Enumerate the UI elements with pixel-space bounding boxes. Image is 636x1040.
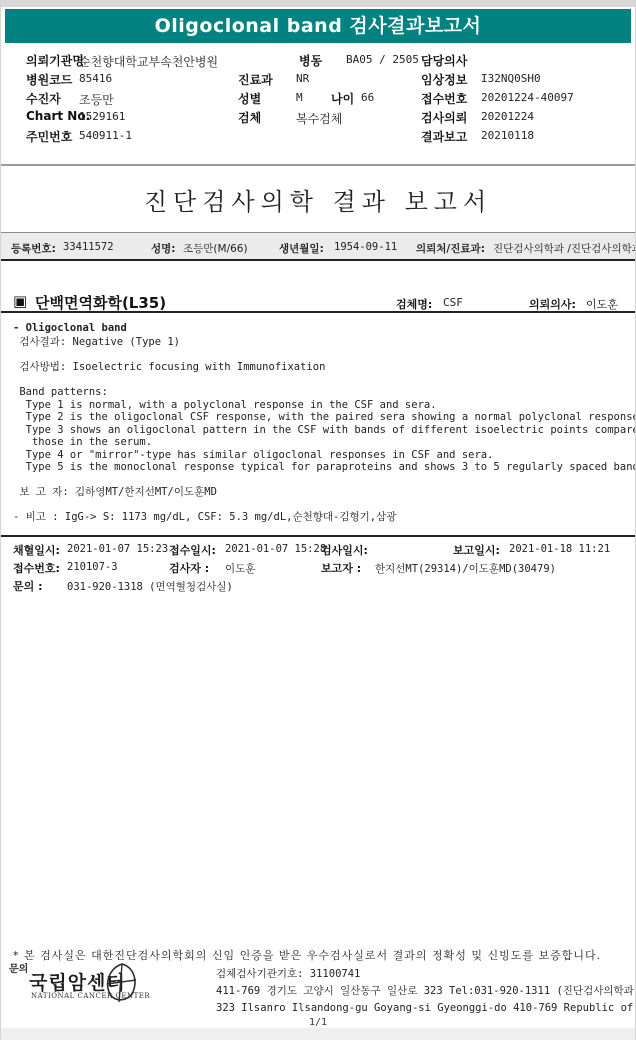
reg-no-label: 등록번호: — [11, 241, 56, 256]
doctor-label: 담당의사 — [421, 52, 467, 69]
org-inquiry-label: 문의 — [9, 960, 28, 975]
org-label: 의뢰기관명 — [26, 52, 84, 69]
referral-dept-label: 의뢰처/진료과: — [416, 241, 485, 256]
dept-value: NR — [296, 72, 309, 85]
referral-dept-value: 진단검사의학과 /진단검사의학과 — [493, 241, 636, 256]
clinical-info-value: I32NQ0SH0 — [481, 72, 541, 85]
result-body-text: 검사결과: Negative (Type 1) 검사방법: Isoelectri… — [13, 336, 636, 524]
ward-value: BA05 / 2505 — [346, 53, 419, 66]
age-label: 나이 — [331, 90, 354, 107]
section-marker-icon: ▣ — [13, 292, 27, 310]
clinical-info-label: 임상정보 — [421, 71, 467, 88]
header-divider — [1, 164, 635, 166]
reporter-label: 보고자 : — [321, 560, 361, 576]
specimen-value: 복수검체 — [296, 110, 342, 127]
sex-label: 성별 — [238, 90, 261, 107]
org-value: 순천향대학교부속천안병원 — [79, 53, 218, 70]
resident-no-label: 주민번호 — [26, 128, 72, 145]
contact-label: 문의 : — [13, 578, 42, 594]
page-number: 1/1 — [1, 1017, 635, 1028]
collect-time-value: 2021-01-07 15:23 — [67, 543, 168, 555]
certification-note: * 본 검사실은 대한진단검사의학회의 신임 인증을 받은 우수검사실로서 결과… — [13, 947, 601, 963]
patient-value: 조등만 — [79, 91, 114, 108]
accession-value: 20201224-40097 — [481, 91, 574, 104]
dept-label: 진료과 — [238, 71, 273, 88]
section-doctor-label: 의뢰의사: — [529, 296, 576, 312]
section-specimen-label: 검체명: — [396, 296, 432, 312]
report-title: 진단검사의학 결과 보고서 — [1, 182, 635, 217]
report-page: Oligoclonal band 검사결과보고서 의뢰기관명 순천향대학교부속천… — [0, 0, 636, 1040]
patient-label: 수진자 — [26, 90, 61, 107]
name-value: 조등만(M/66) — [183, 241, 248, 256]
hospital-code-label: 병원코드 — [26, 71, 72, 88]
footer-divider — [1, 535, 635, 537]
org-institution-code: 검체검사기관기호: 31100741 — [216, 966, 636, 983]
tester-label: 검사자 : — [169, 560, 209, 576]
test-time-label: 검사일시: — [321, 542, 368, 558]
sex-value: M — [296, 91, 303, 104]
receive-time-value: 2021-01-07 15:28 — [225, 543, 326, 555]
chart-no-value: 1529161 — [79, 110, 125, 123]
specimen-label: 검체 — [238, 109, 261, 126]
receive-time-label: 접수일시: — [169, 542, 216, 558]
receipt-no-value: 210107-3 — [67, 561, 118, 573]
report-date-label: 결과보고 — [421, 128, 467, 145]
report-time-value: 2021-01-18 11:21 — [509, 543, 610, 555]
ward-label: 병동 — [299, 52, 322, 69]
banner-title: Oligoclonal band 검사결과보고서 — [155, 15, 482, 37]
tester-value: 이도훈 — [225, 561, 255, 576]
result-heading: - Oligoclonal band — [13, 322, 127, 334]
order-date-value: 20201224 — [481, 110, 534, 123]
hospital-code-value: 85416 — [79, 72, 112, 85]
section-specimen-value: CSF — [443, 296, 463, 309]
order-date-label: 검사의뢰 — [421, 109, 467, 126]
section-doctor-value: 이도훈 — [586, 296, 618, 312]
org-address-korean: 411-769 경기도 고양시 일산동구 일산로 323 Tel:031-920… — [216, 983, 636, 1000]
report-date-value: 20210118 — [481, 129, 534, 142]
patient-summary-bar: 등록번호: 33411572 성명: 조등만(M/66) 생년월일: 1954-… — [1, 232, 635, 261]
reg-no-value: 33411572 — [63, 241, 114, 253]
age-value: 66 — [361, 91, 374, 104]
reporter-value: 한지선MT(29314)/이도훈MD(30479) — [375, 561, 556, 576]
accession-label: 접수번호 — [421, 90, 467, 107]
birth-label: 생년월일: — [279, 241, 324, 256]
birth-value: 1954-09-11 — [334, 241, 397, 253]
contact-value: 031-920-1318 (면역혈청검사실) — [67, 579, 233, 594]
report-time-label: 보고일시: — [453, 542, 500, 558]
collect-time-label: 채혈일시: — [13, 542, 60, 558]
report-banner: Oligoclonal band 검사결과보고서 — [5, 9, 631, 43]
org-address-english: 323 Ilsanro Ilsandong-gu Goyang-si Gyeon… — [216, 1000, 636, 1017]
leaf-logo-icon — [105, 963, 139, 1007]
section-title: 단백면역화학(L35) — [35, 292, 166, 313]
bottom-scan-strip — [1, 1028, 635, 1040]
top-scan-strip — [1, 0, 635, 7]
resident-no-value: 540911-1 — [79, 129, 132, 142]
section-divider — [1, 311, 635, 313]
receipt-no-label: 접수번호: — [13, 560, 60, 576]
name-label: 성명: — [151, 241, 176, 256]
